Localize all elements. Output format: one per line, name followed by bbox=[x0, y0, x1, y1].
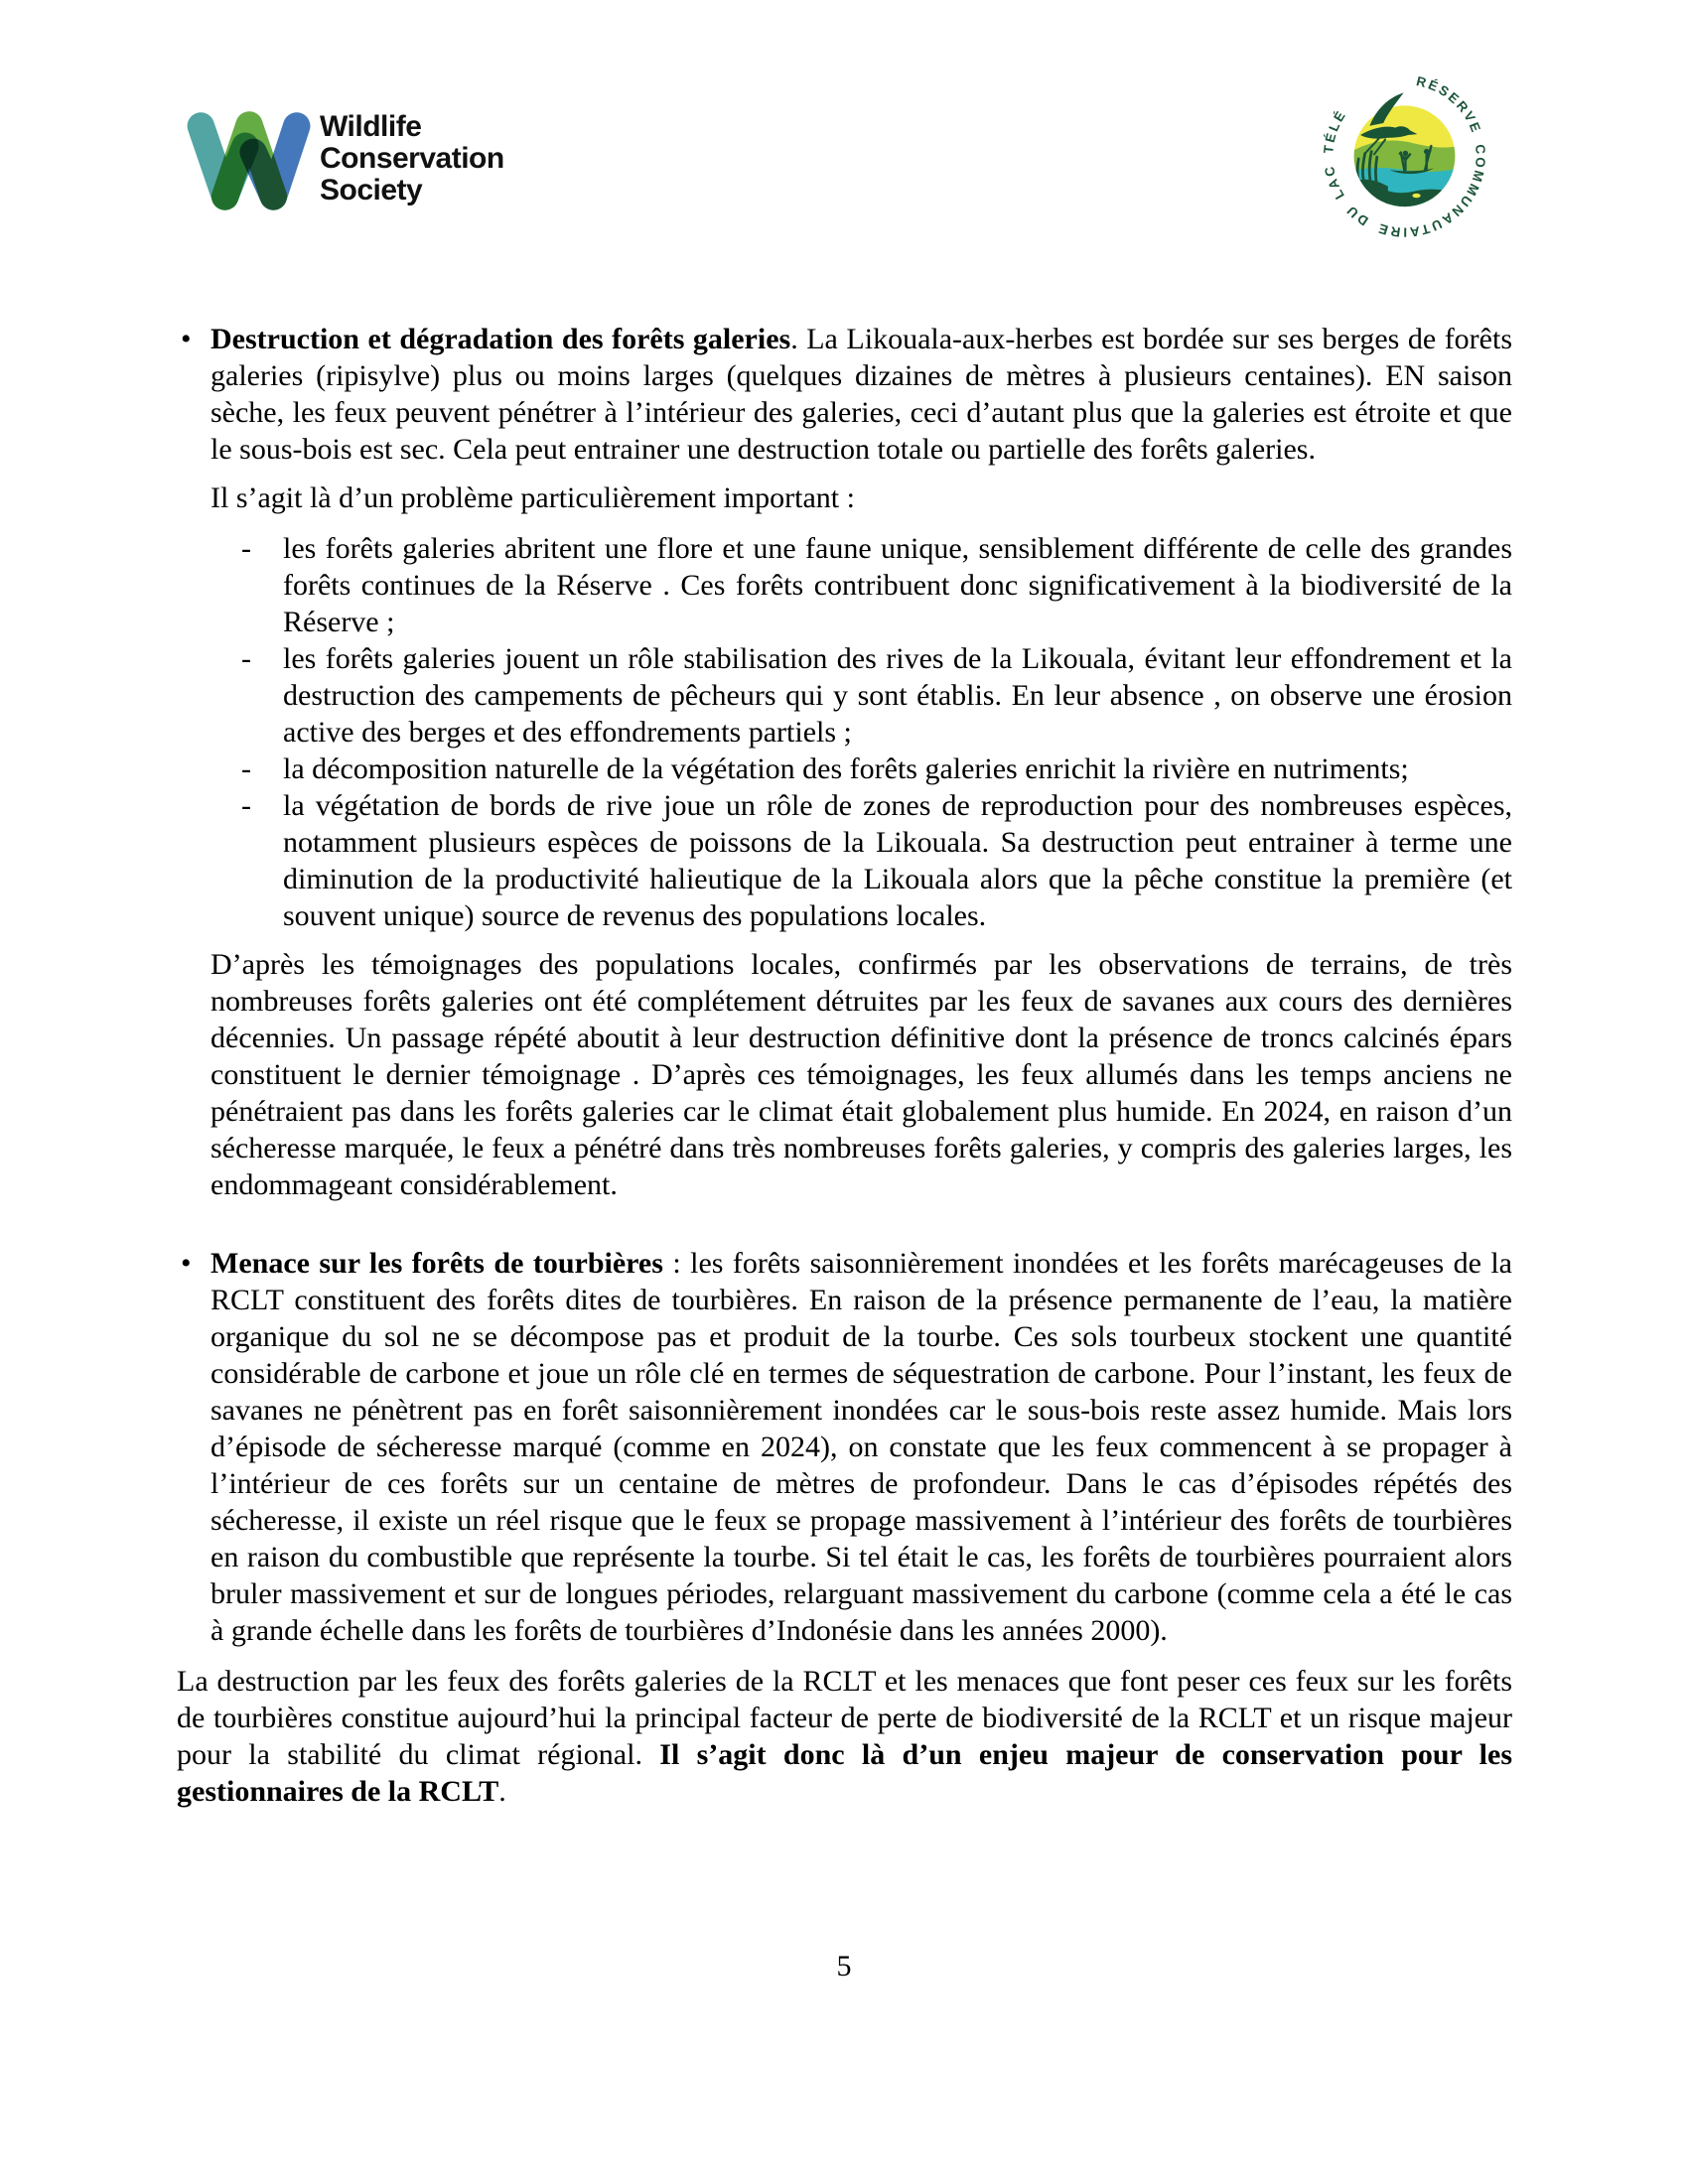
list-item: - la décomposition naturelle de la végét… bbox=[177, 751, 1512, 787]
shore-highlight bbox=[1412, 194, 1420, 198]
bullet2-text: : les forêts saisonnièrement inondées et… bbox=[211, 1247, 1512, 1647]
list-item: - les forêts galeries abritent une flore… bbox=[177, 530, 1512, 640]
closing-paragraph: La destruction par les feux des forêts g… bbox=[177, 1663, 1512, 1810]
bullet-icon: • bbox=[177, 1245, 211, 1649]
bullet1-lead: Destruction et dégradation des forêts ga… bbox=[211, 323, 790, 355]
list-item-text: la décomposition naturelle de la végétat… bbox=[283, 751, 1512, 787]
rclt-scene bbox=[1349, 101, 1460, 211]
list-item: - les forêts galeries jouent un rôle sta… bbox=[177, 640, 1512, 751]
document-body: • Destruction et dégradation des forêts … bbox=[177, 321, 1512, 1810]
bullet1-paragraph: Destruction et dégradation des forêts ga… bbox=[211, 321, 1512, 468]
intro-line: Il s’agit là d’un problème particulièrem… bbox=[211, 479, 1512, 516]
paragraph-temoignages: D’après les témoignages des populations … bbox=[211, 946, 1512, 1203]
wcs-name-line3: Society bbox=[320, 175, 504, 206]
rclt-reserve-emblem: RÉSERVE COMMUNAUTAIRE DU LAC TÉLÉ bbox=[1313, 62, 1496, 245]
wcs-name-line2: Conservation bbox=[320, 143, 504, 175]
bullet2-lead: Menace sur les forêts de tourbières bbox=[211, 1247, 663, 1280]
closing-period: . bbox=[498, 1775, 506, 1808]
wcs-w-mark-icon bbox=[183, 109, 314, 216]
bullet-menace-tourbieres: • Menace sur les forêts de tourbières : … bbox=[177, 1245, 1512, 1649]
list-item: - la végétation de bords de rive joue un… bbox=[177, 787, 1512, 934]
dash-icon: - bbox=[241, 751, 283, 787]
dash-icon: - bbox=[241, 530, 283, 640]
list-item-text: la végétation de bords de rive joue un r… bbox=[283, 787, 1512, 934]
dash-icon: - bbox=[241, 787, 283, 934]
page-number: 5 bbox=[0, 1950, 1688, 1983]
list-item-text: les forêts galeries jouent un rôle stabi… bbox=[283, 640, 1512, 751]
document-page: Wildlife Conservation Society bbox=[0, 0, 1688, 2184]
bullet-icon: • bbox=[177, 321, 211, 468]
bullet2-paragraph: Menace sur les forêts de tourbières : le… bbox=[211, 1245, 1512, 1649]
dash-list: - les forêts galeries abritent une flore… bbox=[177, 530, 1512, 934]
list-item-text: les forêts galeries abritent une flore e… bbox=[283, 530, 1512, 640]
dash-icon: - bbox=[241, 640, 283, 751]
wcs-name-line1: Wildlife bbox=[320, 111, 504, 143]
wcs-logo-text: Wildlife Conservation Society bbox=[320, 111, 504, 206]
wcs-logo: Wildlife Conservation Society bbox=[183, 107, 580, 226]
bullet-destruction-forets-galeries: • Destruction et dégradation des forêts … bbox=[177, 321, 1512, 468]
